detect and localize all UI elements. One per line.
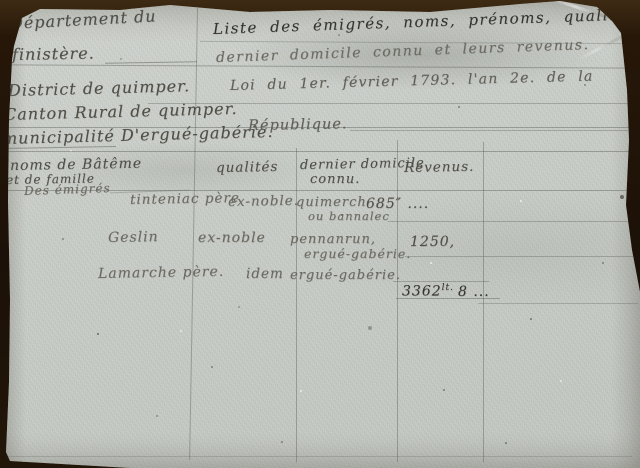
row1-name: tinteniac père [130, 190, 240, 208]
col-header-revenue: Revenus. [404, 159, 475, 176]
canton-line: Canton Rural de quimper. [4, 99, 238, 124]
row3-domicile-line1: ergué-gabérie. [290, 268, 401, 283]
ruled-line-h5 [0, 151, 634, 152]
ruled-line-right-ext [478, 303, 638, 304]
total-rule-above [393, 281, 489, 282]
row2-domicile-line2: ergué-gabérie. [304, 246, 411, 261]
ink-stroke-after-finistere [105, 61, 197, 64]
table-column-line-1 [189, 8, 198, 460]
row2-domicile-line1: pennanrun, [290, 232, 376, 247]
col-header-quality: qualités [216, 159, 279, 176]
row2-quality: ex-noble [198, 230, 266, 246]
col-header-names-line3: Des émigrés [24, 181, 111, 198]
ruled-line-bottom [6, 456, 632, 457]
table-total: 3362lt.8 ... [402, 283, 490, 300]
row2-revenue: 1250, [410, 234, 455, 250]
ruled-line-h2 [8, 64, 628, 68]
table-column-line-3 [397, 140, 398, 462]
paper-dark-specks [0, 0, 2, 2]
row3-name: Lamarche père. [98, 264, 224, 282]
ruled-line-row1 [388, 221, 632, 222]
ink-stroke-after-republique [350, 130, 628, 131]
paper-white-flecks [0, 0, 2, 2]
document-paper: Département du finistère. District de qu… [0, 0, 640, 468]
total-unit: lt. [442, 283, 454, 293]
ruled-line-row2 [405, 256, 633, 257]
row3-quality: idem [246, 266, 284, 282]
municipality-line: municipalité D'ergué-gabérie. [2, 122, 274, 148]
row1-quality: ex-noble. [228, 193, 299, 210]
law-line-2: République. [248, 116, 348, 134]
total-tail: 8 ... [458, 284, 490, 300]
document-title-line-1: Liste des émigrés, noms, prénoms, qualit… [213, 5, 637, 38]
department-name: finistère. [12, 44, 95, 64]
total-amount: 3362 [402, 284, 442, 300]
district-line: District de quimper. [8, 76, 191, 100]
table-column-line-4 [483, 142, 484, 462]
photo-frame: { "page": { "background_color": "#241608… [0, 0, 640, 468]
row1-revenue: 685″ .... [366, 196, 429, 212]
row2-name: Geslin [108, 229, 159, 246]
row1-domicile-line1: quimerch [296, 195, 367, 210]
col-header-domicile-line2: connu. [310, 172, 360, 187]
department-label: Département du [10, 6, 157, 33]
law-line-1: Loi du 1er. février 1793. l'an 2e. de la [230, 68, 594, 94]
